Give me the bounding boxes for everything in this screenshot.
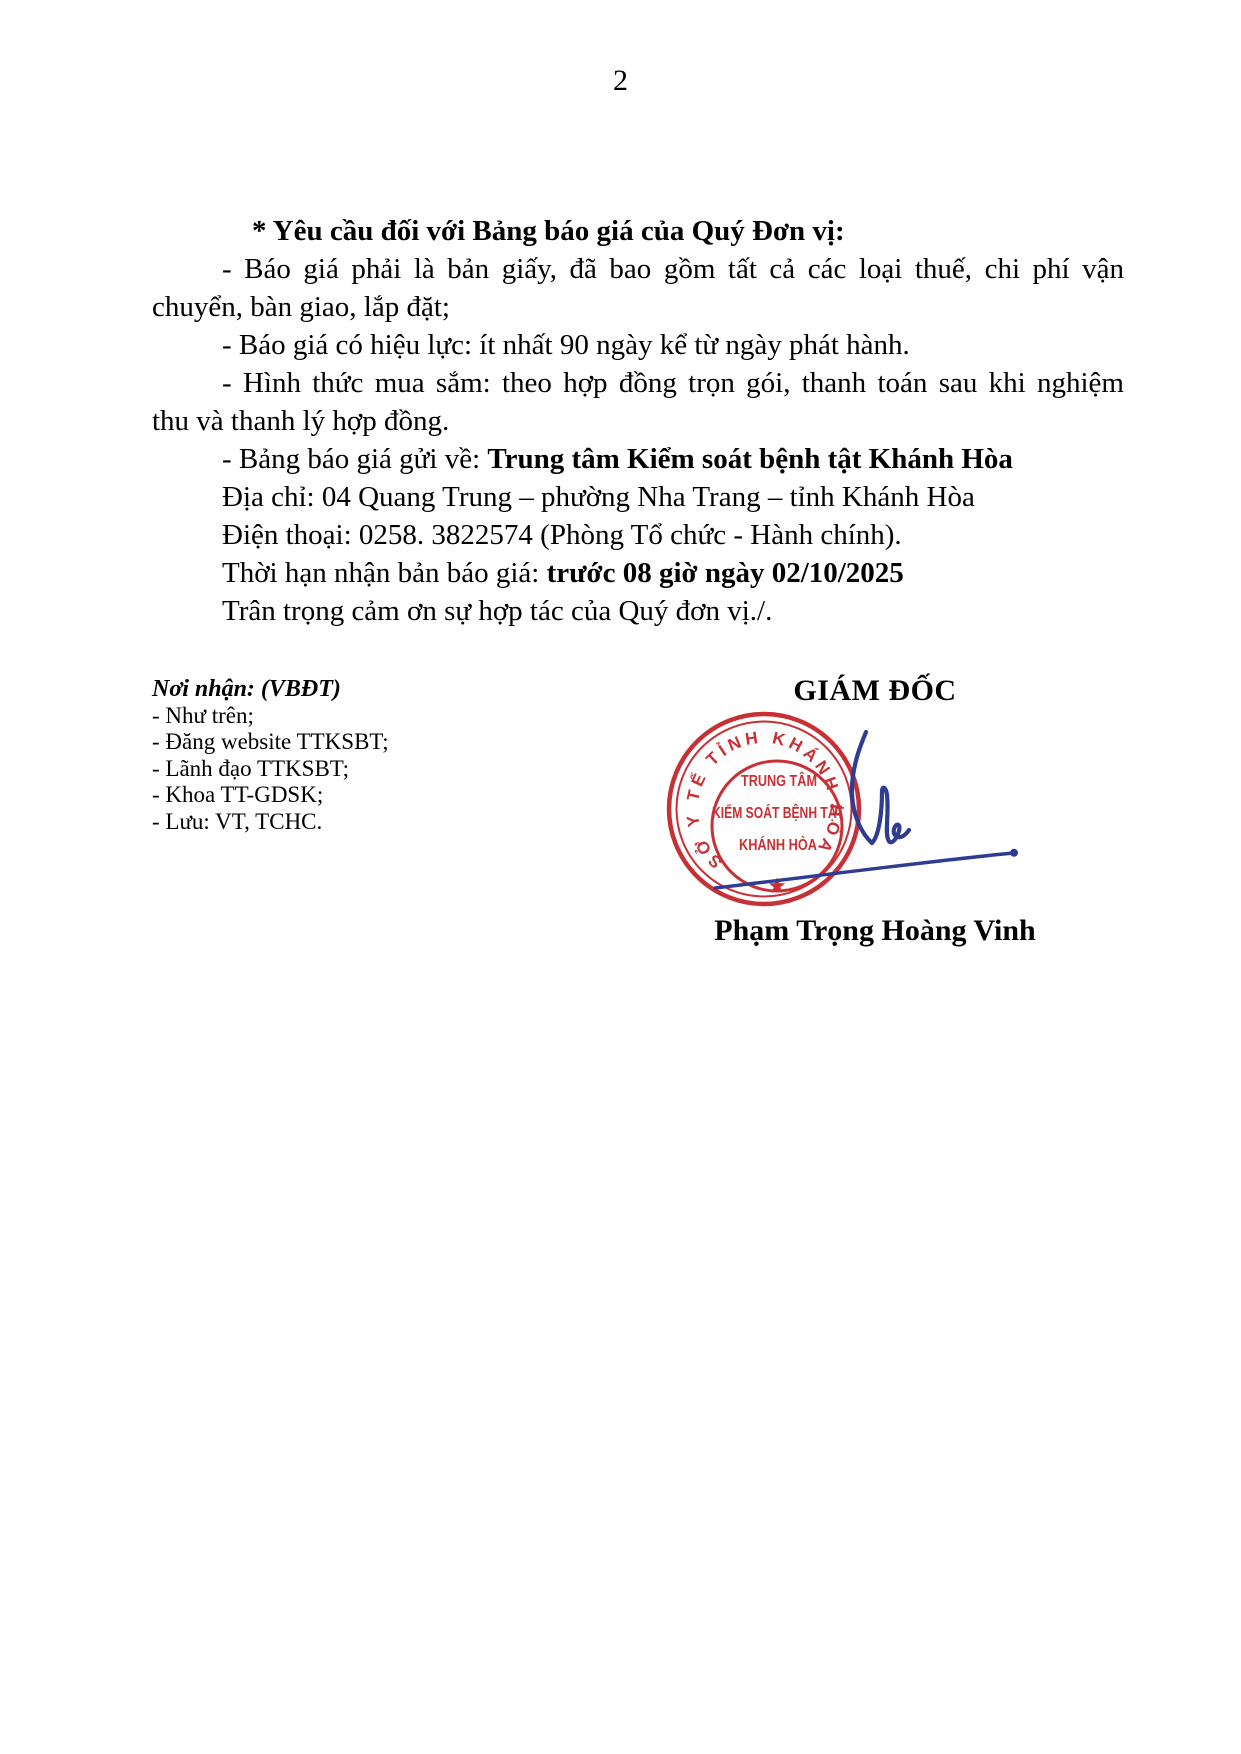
page-number: 2 <box>0 64 1241 98</box>
document-page: 2 * Yêu cầu đối với Bảng báo giá của Quý… <box>0 0 1241 1754</box>
send-to-org-name: Trung tâm Kiểm soát bệnh tật Khánh Hòa <box>487 443 1013 475</box>
section-heading: * Yêu cầu đối với Bảng báo giá của Quý Đ… <box>152 212 1124 250</box>
paragraph-validity: - Báo giá có hiệu lực: ít nhất 90 ngày k… <box>152 326 1124 364</box>
deadline-prefix: Thời hạn nhận bản báo giá: <box>222 557 547 589</box>
paragraph-procurement-line1: - Hình thức mua sắm: theo hợp đồng trọn … <box>152 364 1124 402</box>
send-to-prefix: - Bảng báo giá gửi về: <box>222 443 487 475</box>
recipient-item: - Lãnh đạo TTKSBT; <box>152 756 389 783</box>
recipients-block: Nơi nhận: (VBĐT) - Như trên; - Đăng webs… <box>152 676 389 835</box>
body-text: * Yêu cầu đối với Bảng báo giá của Quý Đ… <box>152 212 1124 630</box>
paragraph-phone: Điện thoại: 0258. 3822574 (Phòng Tổ chức… <box>152 516 1124 554</box>
paragraph-quote-paper-line2: chuyển, bàn giao, lắp đặt; <box>152 288 1124 326</box>
deadline-datetime: trước 08 giờ ngày 02/10/2025 <box>547 557 904 589</box>
recipient-item: - Lưu: VT, TCHC. <box>152 809 389 836</box>
signature-ink <box>650 700 1050 920</box>
recipient-item: - Đăng website TTKSBT; <box>152 729 389 756</box>
recipients-title: Nơi nhận: (VBĐT) <box>152 676 389 703</box>
paragraph-thanks: Trân trọng cảm ơn sự hợp tác của Quý đơn… <box>152 592 1124 630</box>
recipient-item: - Khoa TT-GDSK; <box>152 782 389 809</box>
paragraph-deadline: Thời hạn nhận bản báo giá: trước 08 giờ … <box>152 554 1124 592</box>
paragraph-send-to: - Bảng báo giá gửi về: Trung tâm Kiểm so… <box>152 440 1124 478</box>
recipient-item: - Như trên; <box>152 703 389 730</box>
paragraph-quote-paper-line1: - Báo giá phải là bản giấy, đã bao gồm t… <box>152 250 1124 288</box>
paragraph-procurement-line2: thu và thanh lý hợp đồng. <box>152 402 1124 440</box>
paragraph-address: Địa chỉ: 04 Quang Trung – phường Nha Tra… <box>152 478 1124 516</box>
